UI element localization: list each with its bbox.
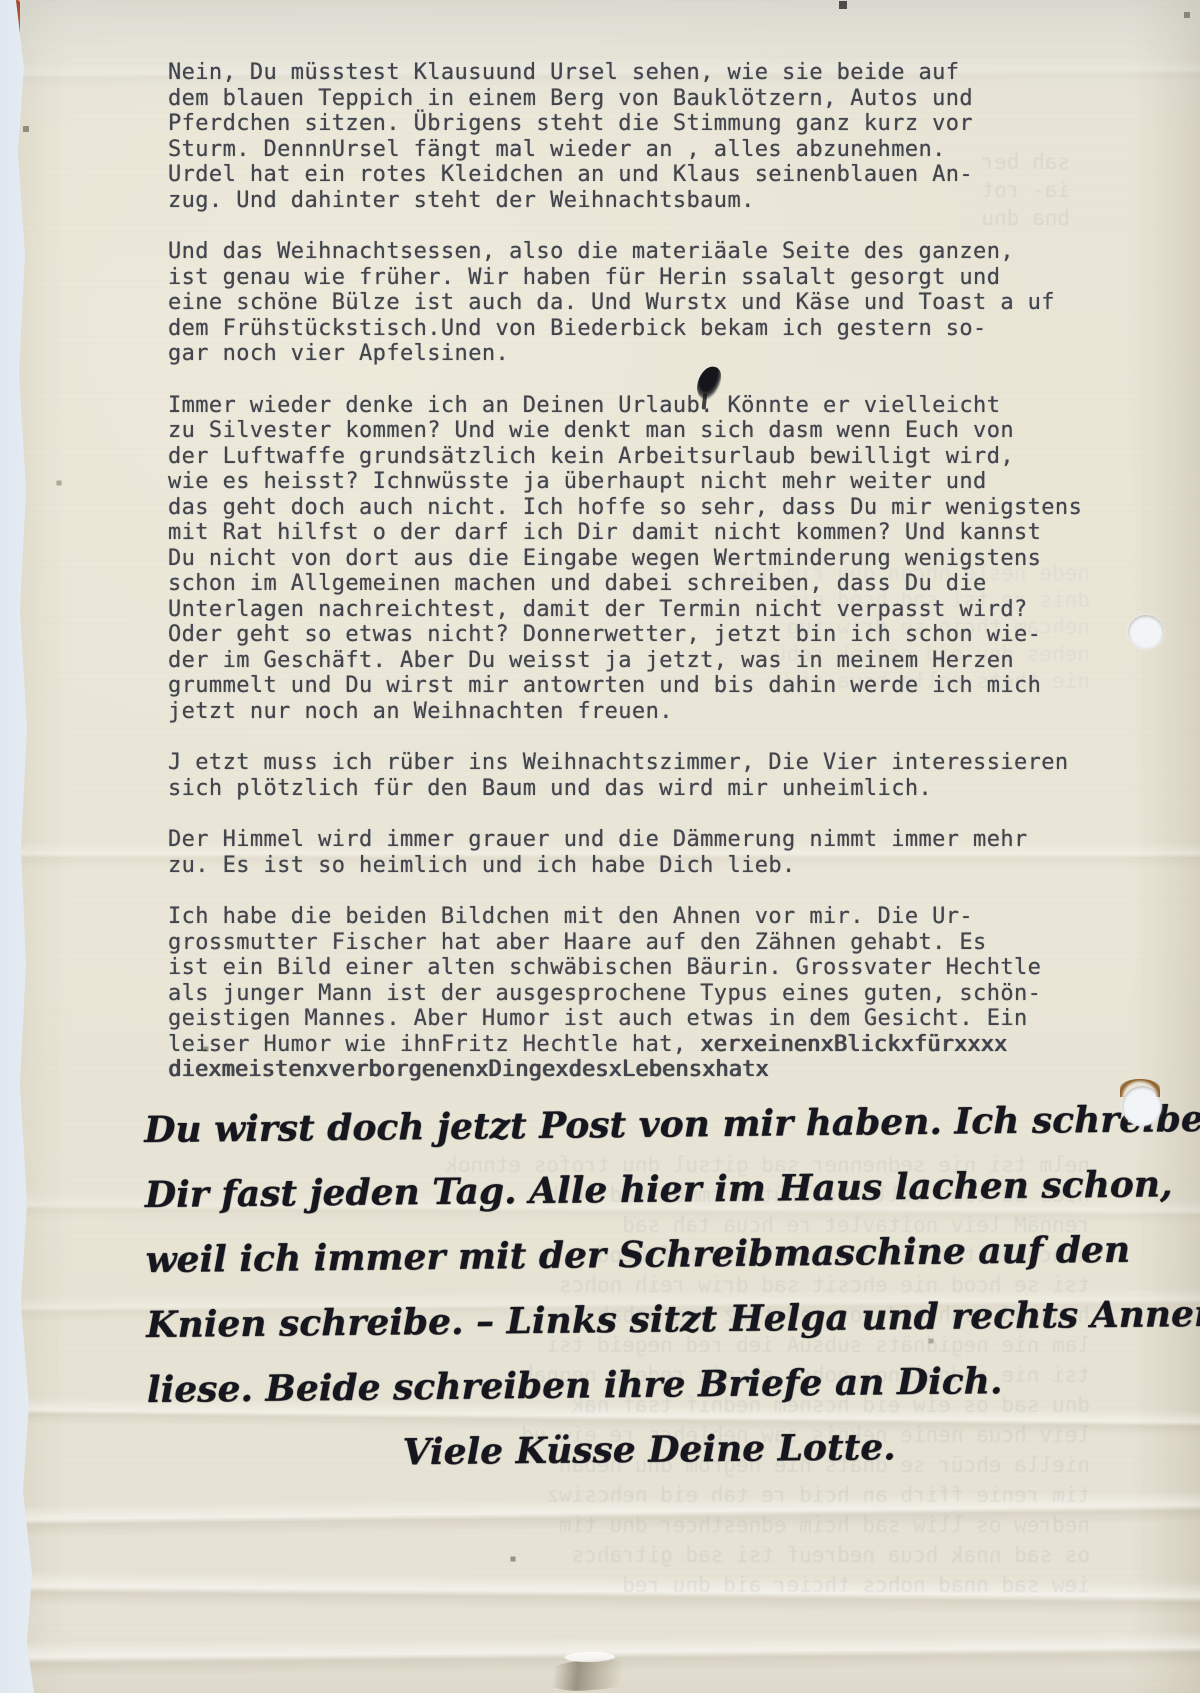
typed-line: der im Geschäft. Aber Du weisst ja jetzt… xyxy=(168,648,1168,674)
typed-line: Der Himmel wird immer grauer und die Däm… xyxy=(168,827,1168,853)
typed-segment: leiser Humor wie ihnFritz Hechtle hat, xyxy=(168,1032,700,1057)
handwritten-line: Dir fast jeden Tag. Alle hier im Haus la… xyxy=(145,1164,1105,1216)
bleedthrough-line: os sad nnak hcua nedreuf tsi sad gitrahc… xyxy=(150,1540,1090,1570)
handwritten-line: Du wirst doch jetzt Post von mir haben. … xyxy=(144,1099,1104,1151)
punch-hole-smudged xyxy=(1122,1086,1162,1126)
typed-line: Oder geht so etwas nicht? Donnerwetter, … xyxy=(168,622,1168,648)
handwritten-line: liese. Beide schreiben ihre Briefe an Di… xyxy=(147,1359,1107,1411)
typed-line: zu Silvester kommen? Und wie denkt man s… xyxy=(168,418,1168,444)
typed-line: der Luftwaffe grundsätzlich kein Arbeits… xyxy=(168,444,1168,470)
scanned-letter-page: sah beria- rotbna dnu nede nesle nhcon d… xyxy=(0,0,1200,1693)
typed-line: J etzt muss ich rüber ins Weihnachtszimm… xyxy=(168,750,1168,776)
typed-line: wie es heisst? Ichnwüsste ja überhaupt n… xyxy=(168,469,1168,495)
typed-line: jetzt nur noch an Weihnachten freuen. xyxy=(168,699,1168,725)
paper-sheet: sah beria- rotbna dnu nede nesle nhcon d… xyxy=(0,0,1200,1693)
typed-line: das geht doch auch nicht. Ich hoffe so s… xyxy=(168,495,1168,521)
typed-line: zug. Und dahinter steht der Weihnachtsba… xyxy=(168,188,1168,214)
typed-line: geistigen Mannes. Aber Humor ist auch et… xyxy=(168,1006,1168,1032)
typed-line: grossmutter Fischer hat aber Haare auf d… xyxy=(168,930,1168,956)
typed-paragraph: Der Himmel wird immer grauer und die Däm… xyxy=(168,827,1168,878)
typed-line: sich plötzlich für den Baum und das wird… xyxy=(168,776,1168,802)
typed-line: ist ein Bild einer alten schwäbischen Bä… xyxy=(168,955,1168,981)
handwritten-text: Du wirst doch jetzt Post von mir haben. … xyxy=(144,1099,1108,1499)
typed-line: gar noch vier Apfelsinen. xyxy=(168,341,1168,367)
typed-line: dem blauen Teppich in einem Berg von Bau… xyxy=(168,86,1168,112)
struck-out-text: xerxeinenxBlickxfürxxxx xyxy=(700,1032,1007,1057)
typed-line: zu. Es ist so heimlich und ich habe Dich… xyxy=(168,853,1168,879)
bleedthrough-line: iew sad nnad nohcs thcier aid dnu red xyxy=(150,1570,1090,1600)
typed-line: dem Frühstückstisch.Und von Biederbick b… xyxy=(168,316,1168,342)
handwritten-line: weil ich immer mit der Schreibmaschine a… xyxy=(145,1229,1105,1281)
typed-line: Nein, Du müsstest Klausuund Ursel sehen,… xyxy=(168,60,1168,86)
typed-line: Immer wieder denke ich an Deinen Urlaub.… xyxy=(168,393,1168,419)
typed-line: grummelt und Du wirst mir antowrten und … xyxy=(168,673,1168,699)
typed-line: Urdel hat ein rotes Kleidchen an und Kla… xyxy=(168,162,1168,188)
handwritten-signature-line: Viele Küsse Deine Lotte. xyxy=(402,1424,1107,1473)
struck-out-text: diexmeistenxverborgenenxDingexdesxLebens… xyxy=(168,1057,769,1082)
typed-line: Sturm. DennnUrsel fängt mal wieder an , … xyxy=(168,137,1168,163)
bleedthrough-line: nedrew os lliw sad hcim ednesthcer dnu t… xyxy=(150,1510,1090,1540)
paper-specks xyxy=(0,0,2,2)
typed-line: Ich habe die beiden Bildchen mit den Ahn… xyxy=(168,904,1168,930)
typed-line: eine schöne Bülze ist auch da. Und Wurst… xyxy=(168,290,1168,316)
typed-line: Und das Weihnachtsessen, also die materi… xyxy=(168,239,1168,265)
typed-line: Du nicht von dort aus die Eingabe wegen … xyxy=(168,546,1168,572)
typed-paragraph: J etzt muss ich rüber ins Weihnachtszimm… xyxy=(168,750,1168,801)
paper-tear-bottom xyxy=(547,1657,635,1693)
typed-paragraph: Ich habe die beiden Bildchen mit den Ahn… xyxy=(168,904,1168,1083)
typed-line: Unterlagen nachreichtest, damit der Term… xyxy=(168,597,1168,623)
typed-line: als junger Mann ist der ausgesprochene T… xyxy=(168,981,1168,1007)
typed-paragraph: Nein, Du müsstest Klausuund Ursel sehen,… xyxy=(168,60,1168,213)
typed-line: diexmeistenxverborgenenxDingexdesxLebens… xyxy=(168,1057,1168,1083)
typed-paragraph: Und das Weihnachtsessen, also die materi… xyxy=(168,239,1168,367)
typed-line: ist genau wie früher. Wir haben für Heri… xyxy=(168,265,1168,291)
typed-paragraph: Immer wieder denke ich an Deinen Urlaub.… xyxy=(168,393,1168,725)
typed-text: Nein, Du müsstest Klausuund Ursel sehen,… xyxy=(168,60,1168,1109)
typed-line: leiser Humor wie ihnFritz Hechtle hat, x… xyxy=(168,1032,1168,1058)
paper-crease xyxy=(0,1571,1200,1615)
punch-hole xyxy=(1128,615,1164,649)
red-edge-mark xyxy=(14,0,20,120)
handwritten-line: Knien schreibe. – Links sitzt Helga und … xyxy=(146,1294,1106,1346)
typed-line: schon im Allgemeinen machen und dabei sc… xyxy=(168,571,1168,597)
typed-line: Pferdchen sitzen. Übrigens steht die Sti… xyxy=(168,111,1168,137)
typed-line: mit Rat hilfst o der darf ich Dir damit … xyxy=(168,520,1168,546)
